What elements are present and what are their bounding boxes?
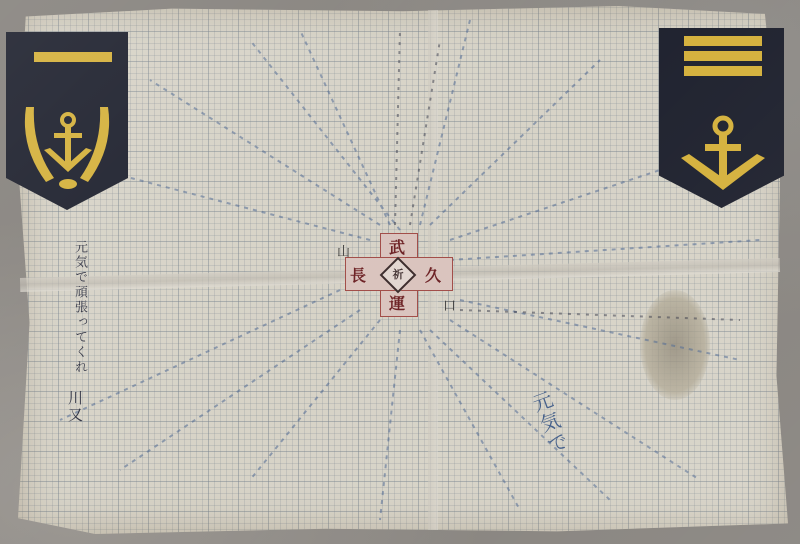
plastic-sleeve-glare (0, 0, 800, 544)
